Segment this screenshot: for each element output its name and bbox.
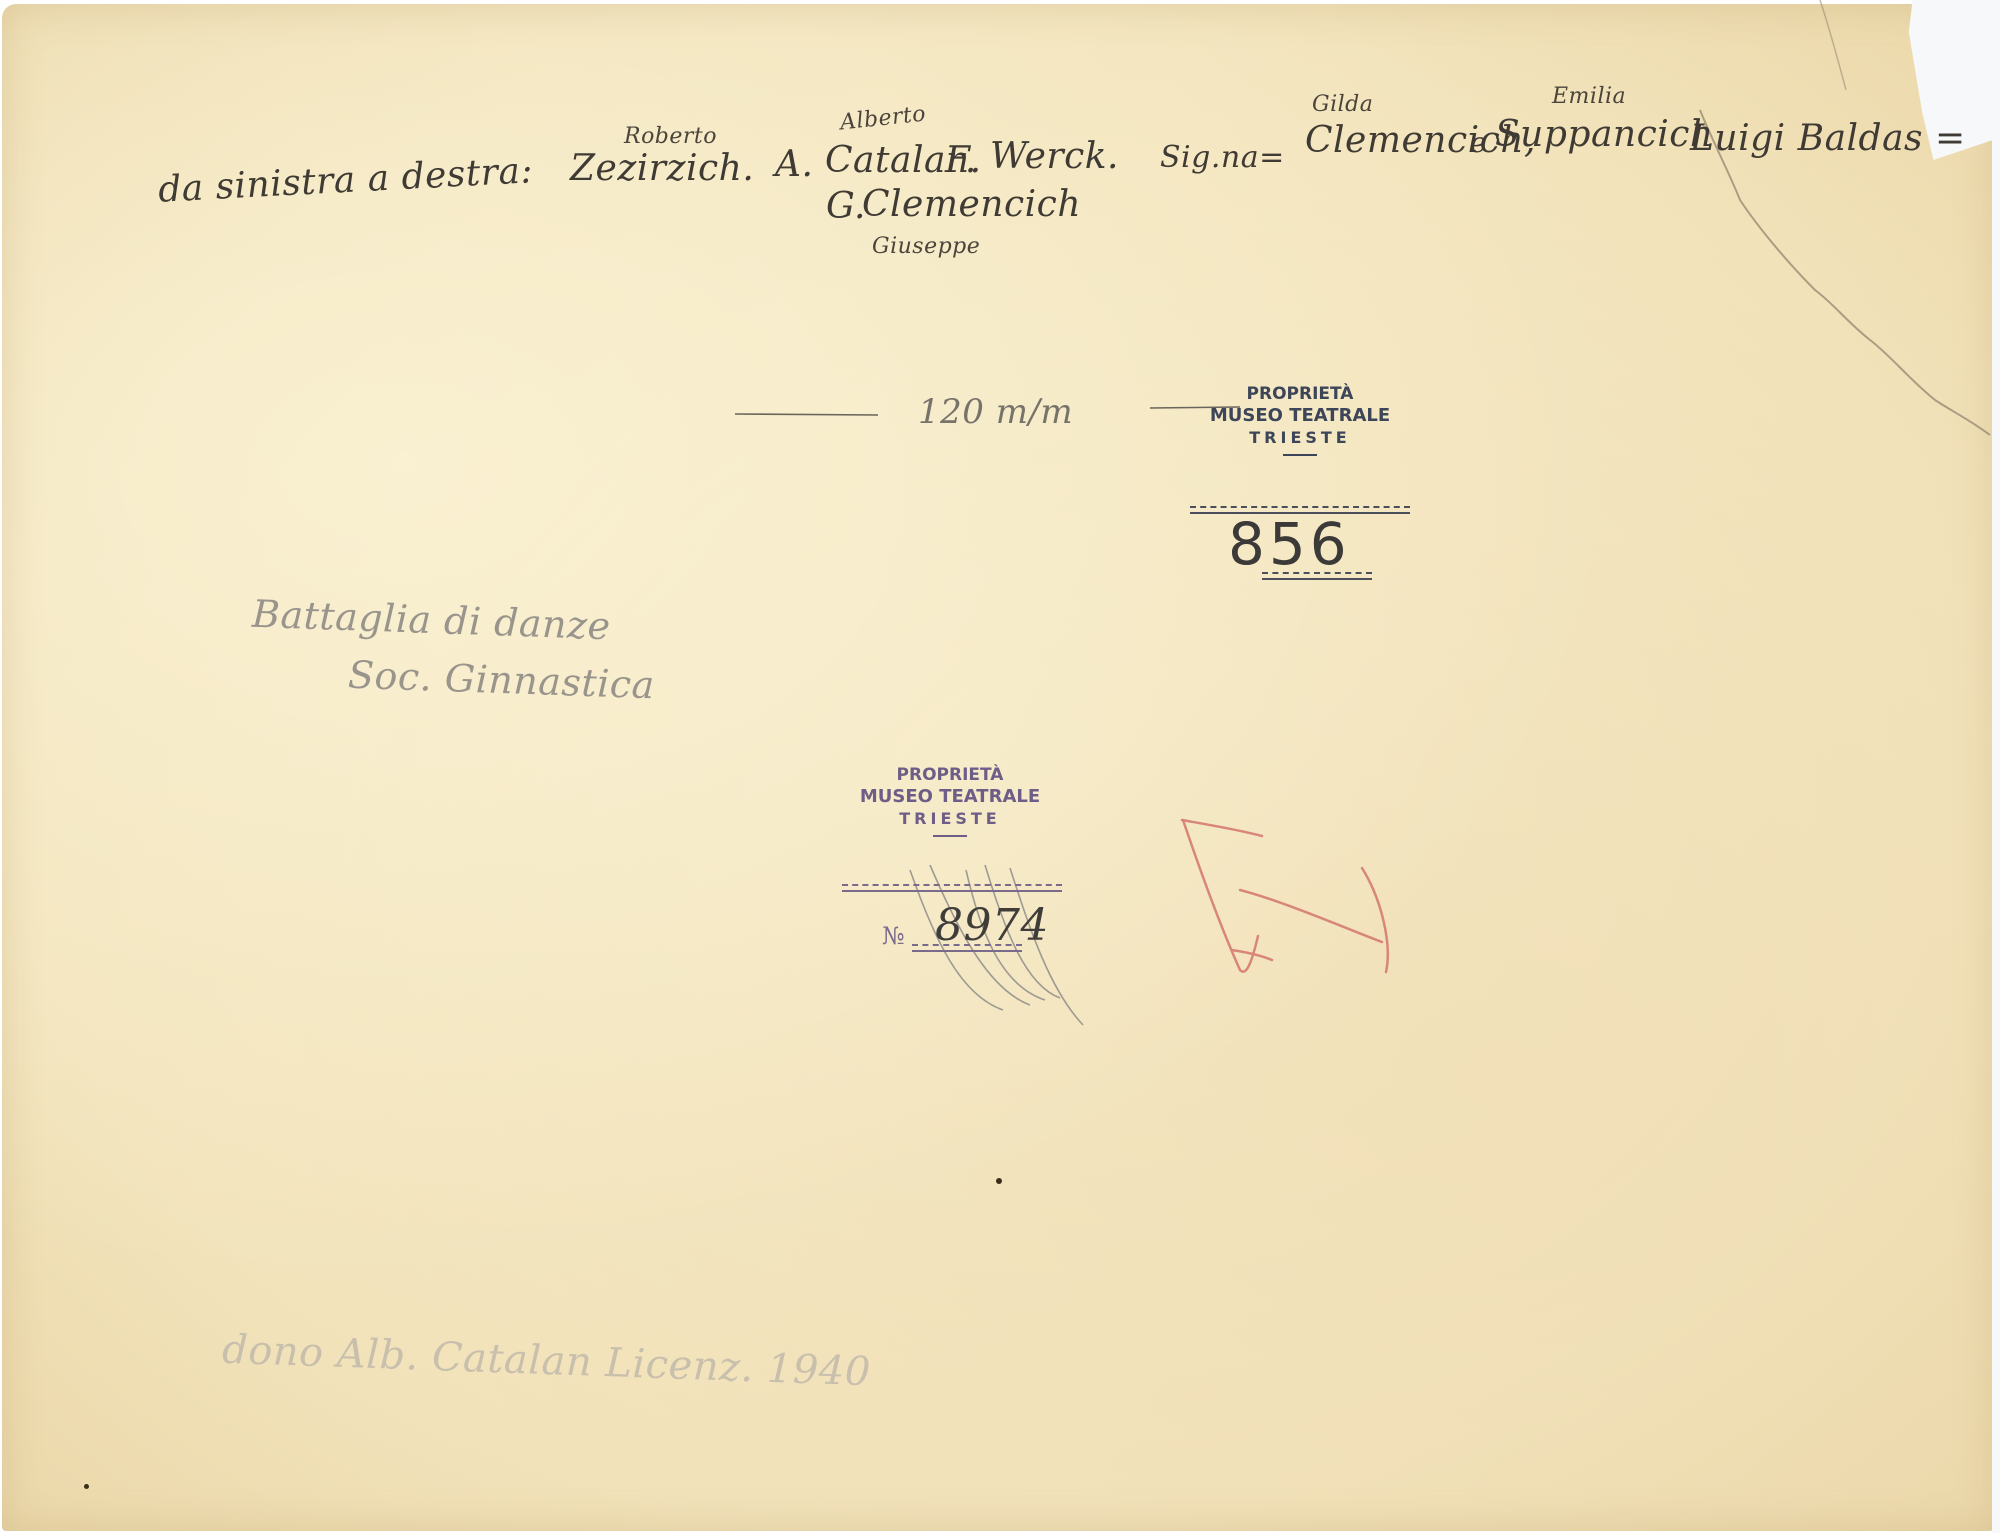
surname-zezirzich: Zezirzich. [570, 148, 754, 189]
inventory-number-856: 856 [1228, 510, 1351, 578]
stamp-line-proprieta: PROPRIETÀ [1195, 384, 1405, 405]
stamp-number-line-bottom [1262, 572, 1372, 580]
surname-suppancich: Suppancich [1495, 114, 1714, 155]
title-signorina: Sig.na= [1160, 140, 1285, 175]
surname-werck: Werck. [990, 136, 1119, 177]
stamp-rule [933, 835, 967, 837]
stamp-number-line-bottom [912, 944, 1022, 952]
museum-stamp-lower: PROPRIETÀ MUSEO TEATRALE TRIESTE [850, 765, 1050, 837]
stamp-number-line-top [842, 884, 1062, 892]
stamp-line-proprieta: PROPRIETÀ [850, 765, 1050, 786]
stamp-line-trieste: TRIESTE [1195, 428, 1405, 448]
surname-clemencich-giuseppe: Clemencich [862, 184, 1081, 225]
connector-e: e [1470, 126, 1487, 159]
paper-speck [84, 1484, 89, 1489]
stamp-line-museo: MUSEO TEATRALE [1195, 405, 1405, 428]
stamp-rule [1283, 454, 1317, 456]
name-luigi-baldas: Luigi Baldas = [1690, 118, 1966, 159]
stamp-line-museo: MUSEO TEATRALE [850, 786, 1050, 809]
initial-f: F. [945, 140, 977, 181]
number-sign: № [882, 922, 905, 950]
first-name-giuseppe: Giuseppe [872, 234, 980, 259]
museum-stamp-upper: PROPRIETÀ MUSEO TEATRALE TRIESTE [1195, 384, 1405, 456]
scan-edge [1992, 0, 2000, 1533]
first-name-roberto: Roberto [624, 124, 717, 149]
initial-a: A. [775, 144, 813, 185]
initial-g: G. [826, 186, 866, 227]
paper-speck [996, 1178, 1002, 1184]
first-name-emilia: Emilia [1552, 84, 1626, 109]
first-name-gilda: Gilda [1312, 92, 1373, 117]
stamp-line-trieste: TRIESTE [850, 809, 1050, 829]
measurement-note: 120 m/m [918, 392, 1073, 432]
